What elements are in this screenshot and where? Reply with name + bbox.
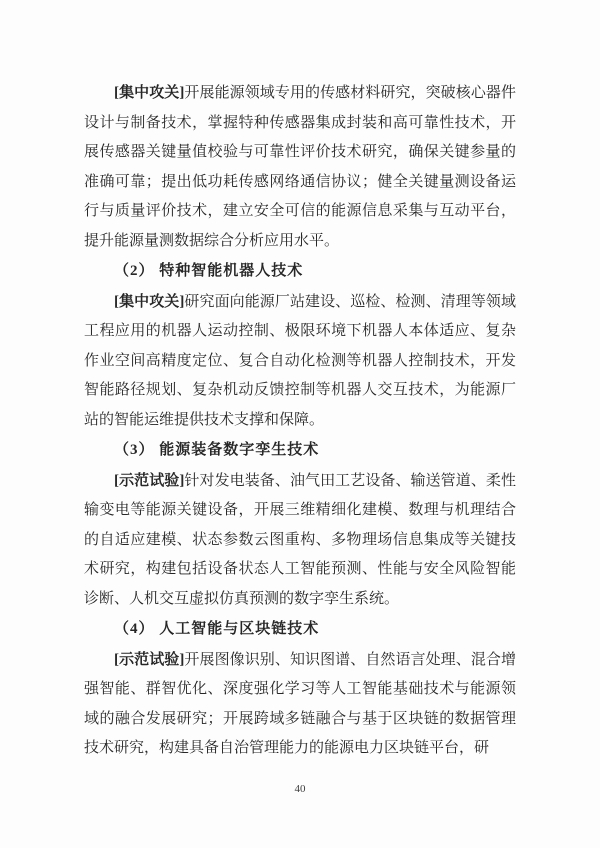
page-footer: 40	[0, 783, 600, 795]
page-number: 40	[295, 783, 306, 795]
paragraph: [示范试验]针对发电装备、油气田工艺设备、输送管道、柔性输变电等能源关键设备，开…	[84, 467, 516, 615]
page-content: [集中攻关]开展能源领域专用的传感材料研究，突破核心器件设计与制备技术，掌握特种…	[84, 79, 516, 764]
paragraph-tag: [示范试验]	[114, 652, 184, 668]
paragraph: [集中攻关]研究面向能源厂站建设、巡检、检测、清理等领域工程应用的机器人运动控制…	[84, 288, 516, 436]
paragraph-text: 针对发电装备、油气田工艺设备、输送管道、柔性输变电等能源关键设备，开展三维精细化…	[84, 473, 516, 607]
section-heading: （4） 人工智能与区块链技术	[84, 615, 516, 645]
paragraph: [集中攻关]开展能源领域专用的传感材料研究，突破核心器件设计与制备技术，掌握特种…	[84, 79, 516, 256]
paragraph: [示范试验]开展图像识别、知识图谱、自然语言处理、混合增强智能、群智优化、深度强…	[84, 646, 516, 764]
paragraph-text: 开展能源领域专用的传感材料研究，突破核心器件设计与制备技术，掌握特种传感器集成封…	[84, 85, 516, 249]
paragraph-tag: [集中攻关]	[114, 85, 184, 101]
paragraph-tag: [示范试验]	[114, 473, 184, 489]
paragraph-tag: [集中攻关]	[114, 294, 184, 310]
paragraph-text: 研究面向能源厂站建设、巡检、检测、清理等领域工程应用的机器人运动控制、极限环境下…	[84, 294, 516, 428]
document-page: [集中攻关]开展能源领域专用的传感材料研究，突破核心器件设计与制备技术，掌握特种…	[0, 0, 600, 848]
section-heading: （2） 特种智能机器人技术	[84, 257, 516, 287]
section-heading: （3） 能源装备数字孪生技术	[84, 436, 516, 466]
